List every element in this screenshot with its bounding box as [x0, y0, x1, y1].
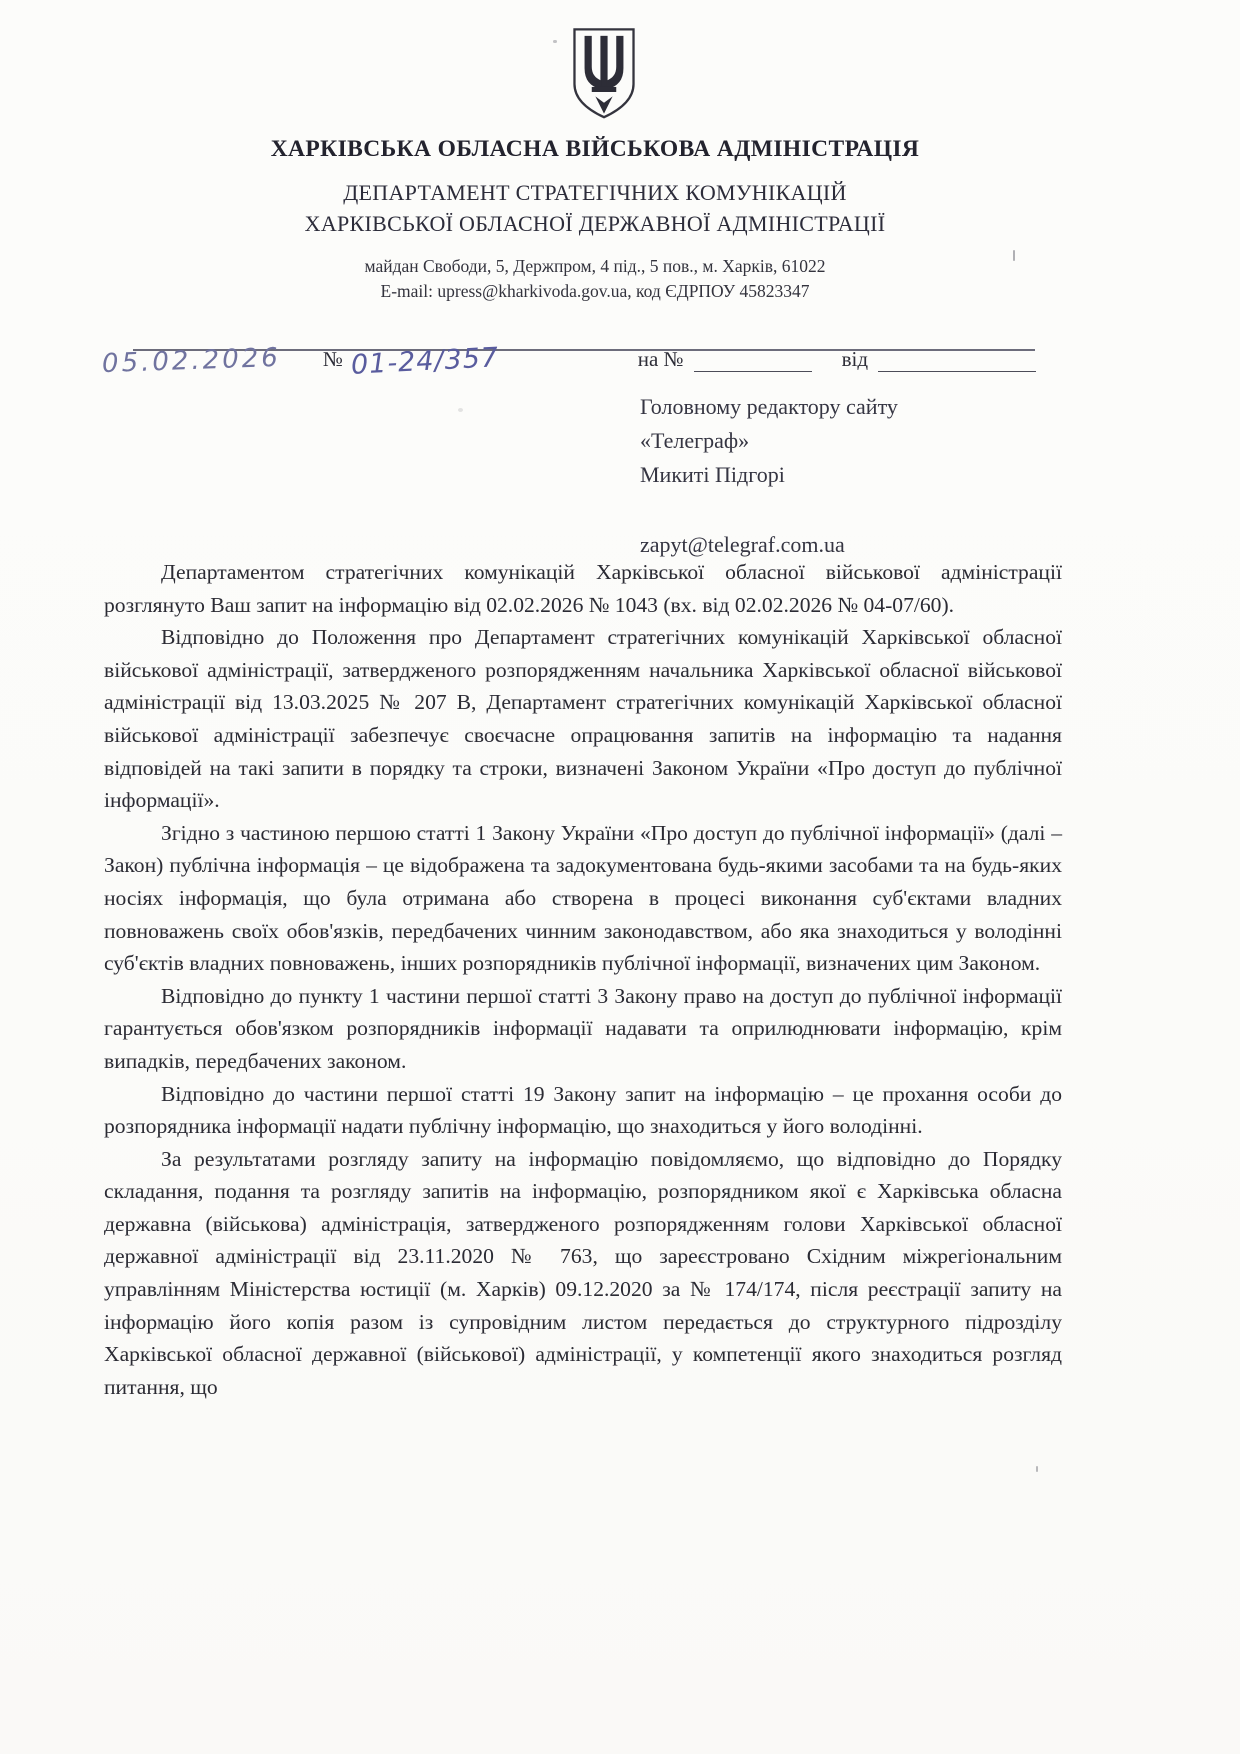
recipient-person-name: Микиті Підгорі: [640, 458, 898, 492]
ukraine-trident-icon: [568, 24, 640, 124]
scan-artifact: [1036, 1466, 1038, 1472]
org-name: ХАРКІВСЬКА ОБЛАСНА ВІЙСЬКОВА АДМІНІСТРАЦ…: [90, 136, 1100, 163]
handwritten-date: 05.02.2026: [102, 345, 282, 379]
dept-name-line1: ДЕПАРТАМЕНТ СТРАТЕГІЧНИХ КОМУНІКАЦІЙ: [90, 180, 1100, 206]
body-paragraph: Згідно з частиною першою статті 1 Закону…: [104, 817, 1062, 980]
incoming-number-blank-line: [694, 345, 812, 372]
incoming-date-label: від: [842, 347, 868, 376]
scanned-letter-page: ХАРКІВСЬКА ОБЛАСНА ВІЙСЬКОВА АДМІНІСТРАЦ…: [0, 0, 1240, 1754]
letter-body: Департаментом стратегічних комунікацій Х…: [104, 556, 1062, 1403]
scan-artifact: [553, 40, 557, 43]
dept-name-line2: ХАРКІВСЬКОЇ ОБЛАСНОЇ ДЕРЖАВНОЇ АДМІНІСТР…: [90, 211, 1100, 237]
handwritten-outgoing-number: 01-24/357: [350, 344, 499, 380]
incoming-date-blank-line: [878, 345, 1036, 372]
org-address: майдан Свободи, 5, Держпром, 4 під., 5 п…: [90, 256, 1100, 277]
body-paragraph: За результатами розгляду запиту на інфор…: [104, 1143, 1062, 1404]
number-sign: №: [323, 347, 343, 376]
reference-row: 05.02.2026 № 01-24/357 на № від: [102, 336, 1036, 376]
recipient-block: Головному редактору сайту «Телеграф» Мик…: [640, 390, 898, 562]
incoming-number-label: на №: [638, 347, 684, 376]
scan-artifact: [1013, 250, 1015, 261]
body-paragraph: Відповідно до частини першої статті 19 З…: [104, 1078, 1062, 1143]
body-paragraph: Департаментом стратегічних комунікацій Х…: [104, 556, 1062, 621]
recipient-title: Головному редактору сайту: [640, 390, 898, 424]
body-paragraph: Відповідно до пункту 1 частини першої ст…: [104, 980, 1062, 1078]
scan-artifact: [458, 408, 463, 412]
org-email-edrpou: E-mail: upress@kharkivoda.gov.ua, код ЄД…: [90, 281, 1100, 302]
body-paragraph: Відповідно до Положення про Департамент …: [104, 621, 1062, 817]
recipient-site-name: «Телеграф»: [640, 424, 898, 458]
